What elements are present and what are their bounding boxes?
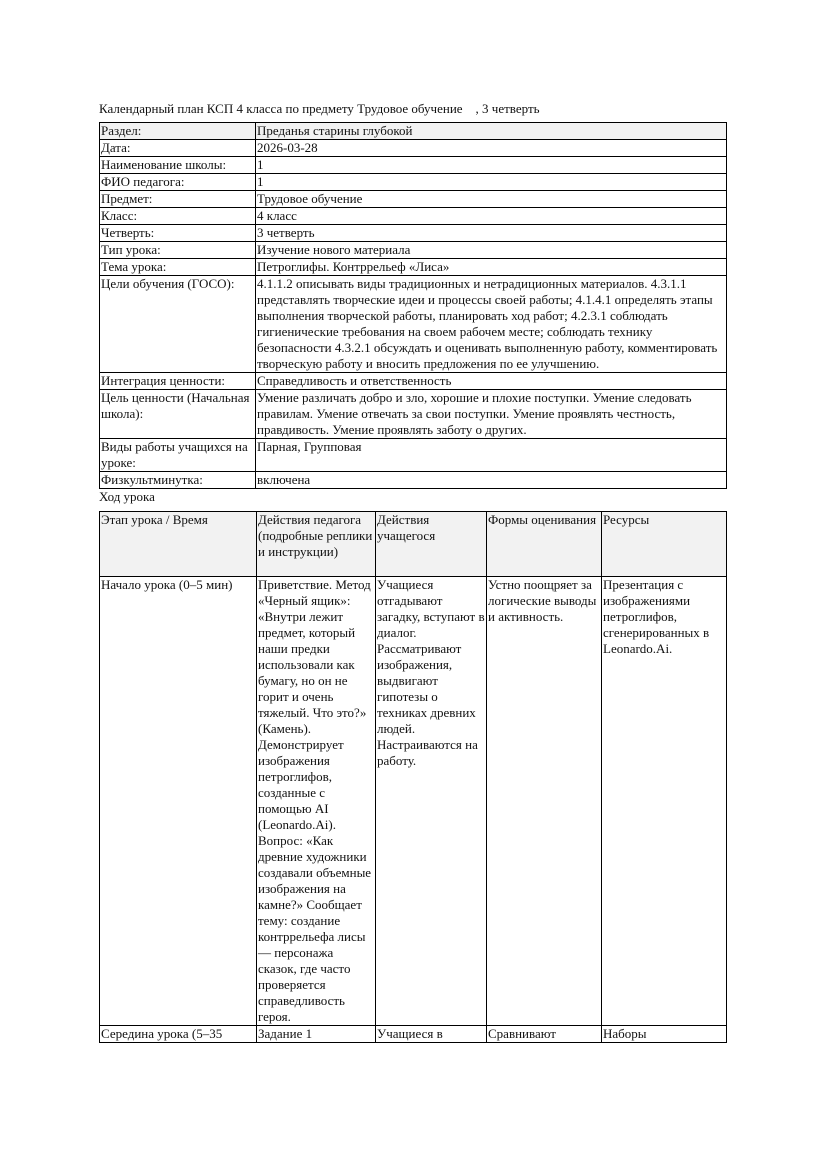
info-row: Четверть:3 четверть <box>100 225 727 242</box>
info-row: Класс:4 класс <box>100 208 727 225</box>
info-row: ФИО педагога:1 <box>100 174 727 191</box>
info-label: Наименование школы: <box>100 157 256 174</box>
lesson-flow-header-row: Этап урока / Время Действия педагога (по… <box>100 512 727 577</box>
header-resources: Ресурсы <box>602 512 727 577</box>
info-row: Цель ценности (Начальная школа):Умение р… <box>100 390 727 439</box>
info-value: 3 четверть <box>256 225 727 242</box>
info-value: Справедливость и ответственность <box>256 373 727 390</box>
info-label: Виды работы учащихся на уроке: <box>100 439 256 472</box>
cell-assessment: Сравнивают <box>487 1026 602 1043</box>
info-value: Изучение нового материала <box>256 242 727 259</box>
header-teacher-actions: Действия педагога (подробные реплики и и… <box>257 512 376 577</box>
info-label: Дата: <box>100 140 256 157</box>
header-stage: Этап урока / Время <box>100 512 257 577</box>
info-value: Преданья старины глубокой <box>256 123 727 140</box>
info-value: 4 класс <box>256 208 727 225</box>
info-value: включена <box>256 472 727 489</box>
cell-student-actions: Учащиеся отгадывают загадку, вступают в … <box>376 577 487 1026</box>
info-value: Умение различать добро и зло, хорошие и … <box>256 390 727 439</box>
info-label: Класс: <box>100 208 256 225</box>
cell-student-actions: Учащиеся в <box>376 1026 487 1043</box>
header-assessment: Формы оценивания <box>487 512 602 577</box>
info-row: Цели обучения (ГОСО):4.1.1.2 описывать в… <box>100 276 727 373</box>
document-page: Календарный план КСП 4 класса по предмет… <box>99 100 727 1043</box>
info-row: Интеграция ценности:Справедливость и отв… <box>100 373 727 390</box>
info-value: Парная, Групповая <box>256 439 727 472</box>
info-row: Виды работы учащихся на уроке:Парная, Гр… <box>100 439 727 472</box>
info-value: 4.1.1.2 описывать виды традиционных и не… <box>256 276 727 373</box>
document-title: Календарный план КСП 4 класса по предмет… <box>99 100 727 122</box>
lesson-flow-table: Этап урока / Время Действия педагога (по… <box>99 511 727 1043</box>
header-student-actions: Действия учащегося <box>376 512 487 577</box>
info-value: 1 <box>256 157 727 174</box>
info-label: Тип урока: <box>100 242 256 259</box>
cell-resources: Наборы <box>602 1026 727 1043</box>
cell-resources: Презентация с изображениями петроглифов,… <box>602 577 727 1026</box>
info-label: ФИО педагога: <box>100 174 256 191</box>
lesson-info-table: Раздел:Преданья старины глубокойДата:202… <box>99 122 727 489</box>
info-label: Тема урока: <box>100 259 256 276</box>
info-row: Дата:2026-03-28 <box>100 140 727 157</box>
info-row: Тема урока:Петроглифы. Контррельеф «Лиса… <box>100 259 727 276</box>
info-row: Физкультминутка:включена <box>100 472 727 489</box>
lesson-flow-heading: Ход урока <box>99 489 727 511</box>
info-value: 1 <box>256 174 727 191</box>
info-label: Четверть: <box>100 225 256 242</box>
info-label: Предмет: <box>100 191 256 208</box>
info-row: Предмет:Трудовое обучение <box>100 191 727 208</box>
cell-teacher-actions: Задание 1 <box>257 1026 376 1043</box>
info-value: 2026-03-28 <box>256 140 727 157</box>
info-label: Интеграция ценности: <box>100 373 256 390</box>
cell-stage: Начало урока (0–5 мин) <box>100 577 257 1026</box>
lesson-flow-row: Начало урока (0–5 мин)Приветствие. Метод… <box>100 577 727 1026</box>
info-label: Цели обучения (ГОСО): <box>100 276 256 373</box>
info-label: Раздел: <box>100 123 256 140</box>
info-row: Наименование школы:1 <box>100 157 727 174</box>
info-value: Петроглифы. Контррельеф «Лиса» <box>256 259 727 276</box>
info-value: Трудовое обучение <box>256 191 727 208</box>
info-label: Цель ценности (Начальная школа): <box>100 390 256 439</box>
cell-stage: Середина урока (5–35 <box>100 1026 257 1043</box>
info-row: Раздел:Преданья старины глубокой <box>100 123 727 140</box>
cell-assessment: Устно поощряет за логические выводы и ак… <box>487 577 602 1026</box>
cell-teacher-actions: Приветствие. Метод «Черный ящик»: «Внутр… <box>257 577 376 1026</box>
info-label: Физкультминутка: <box>100 472 256 489</box>
lesson-flow-row: Середина урока (5–35Задание 1Учащиеся вС… <box>100 1026 727 1043</box>
info-row: Тип урока:Изучение нового материала <box>100 242 727 259</box>
